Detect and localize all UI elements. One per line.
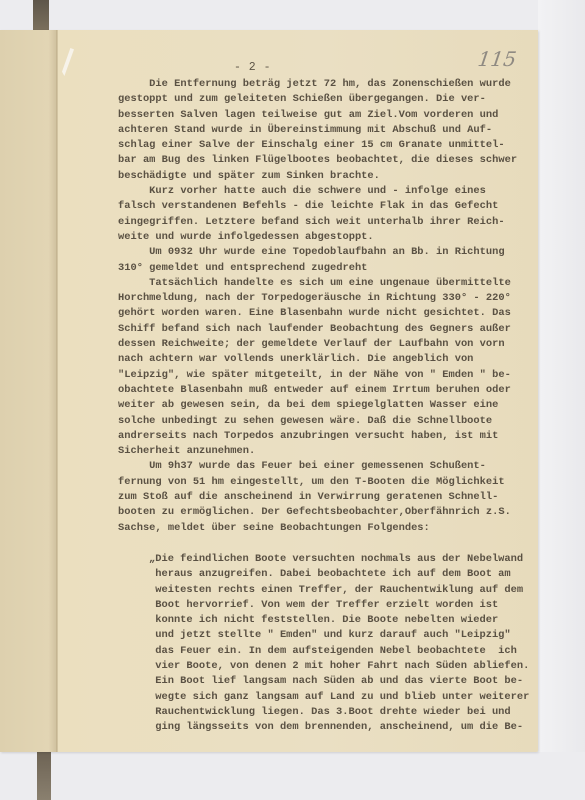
- text-line: gehört worden waren. Eine Blasenbahn wur…: [118, 306, 538, 321]
- text-line: Boot hervorrief. Von wem der Treffer erz…: [149, 598, 539, 613]
- text-line: Schiff befand sich nach laufender Beobac…: [118, 322, 538, 337]
- text-line: besserten Salven lagen teilweise gut am …: [118, 108, 538, 123]
- text-line: Die Entfernung beträg jetzt 72 hm, das Z…: [118, 77, 538, 92]
- archive-folio-number: 115: [476, 47, 518, 71]
- text-line: achteren Stand wurde in Übereinstimmung …: [118, 123, 538, 138]
- text-line: beschädigte und später zum Sinken bracht…: [118, 169, 538, 184]
- text-line: Sicherheit anzunehmen.: [118, 444, 538, 459]
- text-line: und jetzt stellte " Emden" und kurz dara…: [149, 628, 539, 643]
- text-line: Sachse, meldet über seine Beobachtungen …: [118, 521, 538, 536]
- text-line: Kurz vorher hatte auch die schwere und -…: [118, 184, 538, 199]
- scan-background-top: [0, 0, 585, 30]
- text-line: nach achtern war vollends unerklärlich. …: [118, 352, 538, 367]
- text-line: booten zu ermöglichen. Der Gefechtsbeoba…: [118, 505, 538, 520]
- text-line: konnte ich nicht feststellen. Die Boote …: [149, 613, 539, 628]
- text-line: weiter ab gewesen sein, da bei dem spieg…: [118, 398, 538, 413]
- text-line: dessen Reichweite; der gemeldete Verlauf…: [118, 337, 538, 352]
- text-line: ging längsseits von dem brennenden, ansc…: [149, 720, 539, 735]
- text-line: Um 9h37 wurde das Feuer bei einer gemess…: [118, 459, 538, 474]
- text-line: obachtete Blasenbahn muß entweder auf ei…: [118, 383, 538, 398]
- body-text: Die Entfernung beträg jetzt 72 hm, das Z…: [118, 77, 538, 536]
- previous-page-edge: [0, 30, 57, 752]
- text-line: bar am Bug des linken Flügelbootes beoba…: [118, 153, 538, 168]
- text-line: fernung von 51 hm eingestellt, um den T-…: [118, 475, 538, 490]
- text-line: wegte sich ganz langsam auf Land zu und …: [149, 690, 539, 705]
- text-line: solche unbedingt zu sehen gewesen wäre. …: [118, 414, 538, 429]
- scan-background-bottom: [0, 752, 585, 800]
- text-line: andrerseits nach Torpedos anzubringen ve…: [118, 429, 538, 444]
- binder-clip-bottom: [37, 752, 51, 800]
- text-line: 310° gemeldet und entsprechend zugedreht: [118, 261, 538, 276]
- text-line: Rauchentwicklung liegen. Das 3.Boot dreh…: [149, 705, 539, 720]
- scan-background-right: [538, 0, 585, 800]
- text-line: Horchmeldung, nach der Torpedogeräusche …: [118, 291, 538, 306]
- text-line: weite und wurde infolgedessen abgestoppt…: [118, 230, 538, 245]
- text-line: falsch verstandenen Befehls - die leicht…: [118, 199, 538, 214]
- text-line: das Feuer ein. In dem aufsteigenden Nebe…: [149, 644, 539, 659]
- text-line: zum Stoß auf die anscheinend in Verwirru…: [118, 490, 538, 505]
- text-line: Tatsächlich handelte es sich um eine ung…: [118, 276, 538, 291]
- text-line: gestoppt und zum geleiteten Schießen übe…: [118, 92, 538, 107]
- paper-tear-mark: [62, 48, 74, 76]
- text-line: "Leipzig", wie später mitgeteilt, in der…: [118, 368, 538, 383]
- binder-clip-top: [33, 0, 49, 30]
- text-line: schlag einer Salve der Einschalg einer 1…: [118, 138, 538, 153]
- page-fold-line: [56, 30, 58, 752]
- page-number: - 2 -: [234, 61, 271, 74]
- text-line: „Die feindlichen Boote versuchten nochma…: [149, 552, 539, 567]
- text-line: eingegriffen. Letztere befand sich weit …: [118, 215, 538, 230]
- text-line: weitesten rechts einen Treffer, der Rauc…: [149, 583, 539, 598]
- text-line: Ein Boot lief langsam nach Süden ab und …: [149, 674, 539, 689]
- text-line: vier Boote, von denen 2 mit hoher Fahrt …: [149, 659, 539, 674]
- quoted-report: „Die feindlichen Boote versuchten nochma…: [149, 552, 539, 736]
- text-line: heraus anzugreifen. Dabei beobachtete ic…: [149, 567, 539, 582]
- text-line: Um 0932 Uhr wurde eine Topedoblaufbahn a…: [118, 245, 538, 260]
